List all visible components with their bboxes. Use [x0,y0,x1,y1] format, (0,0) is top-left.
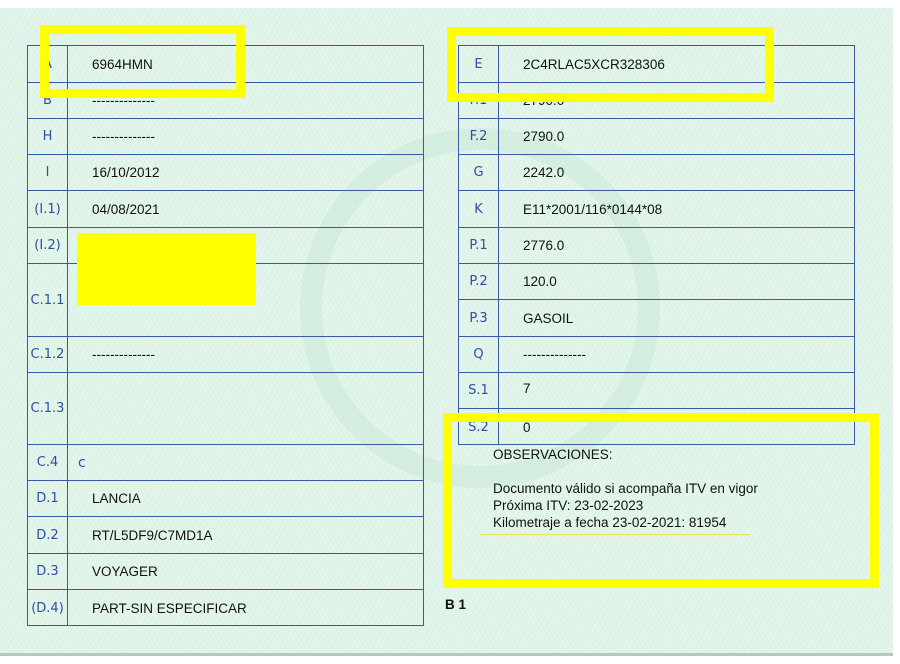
table-row: (I.1)04/08/2021 [28,191,423,228]
field-value: PART-SIN ESPECIFICAR [92,590,247,626]
field-code: I [28,155,68,190]
field-value: -------------- [523,337,586,372]
field-value: 04/08/2021 [92,191,160,227]
right-field-table: E2C4RLAC5XCR328306F.12790.0F.22790.0G224… [458,45,855,445]
field-value: LANCIA [92,481,141,516]
field-code: P.1 [459,228,499,263]
field-code: F.2 [459,119,499,154]
table-row: P.12776.0 [459,228,854,264]
field-value: 2776.0 [523,228,564,263]
highlight-vin [447,27,774,102]
field-code: C.1.1 [28,264,68,336]
field-code: P.2 [459,264,499,299]
field-code: G [459,155,499,190]
table-row: Q-------------- [459,337,854,373]
left-field-table: A6964HMNB--------------H--------------I1… [27,45,424,626]
field-value: 2242.0 [523,155,564,190]
field-code: K [459,191,499,227]
field-value: 120.0 [523,264,557,299]
field-code: (D.4) [28,590,68,626]
field-value: 16/10/2012 [92,155,160,190]
field-value: 7 [523,373,531,408]
field-code: D.1 [28,481,68,516]
field-code: H [28,119,68,154]
table-row: KE11*2001/116*0144*08 [459,191,854,228]
field-value: RT/L5DF9/C7MD1A [92,517,213,553]
table-row: D.1LANCIA [28,481,423,517]
table-row: I16/10/2012 [28,155,423,191]
table-row: (D.4)PART-SIN ESPECIFICAR [28,590,423,626]
highlight-plate [40,25,245,98]
field-value: -------------- [92,337,155,372]
field-value: -------------- [92,119,155,154]
field-value: 2790.0 [523,119,564,154]
table-row: P.2120.0 [459,264,854,300]
highlight-observations [443,413,879,588]
field-code: (I.1) [28,191,68,227]
field-code: P.3 [459,300,499,336]
field-value: c [78,445,86,480]
field-code: C.4 [28,445,68,480]
table-row: F.22790.0 [459,119,854,155]
field-code: (I.2) [28,228,68,263]
table-row: P.3GASOIL [459,300,854,337]
field-value: VOYAGER [92,554,158,589]
table-row: H-------------- [28,119,423,155]
field-code: D.3 [28,554,68,589]
table-row: D.2RT/L5DF9/C7MD1A [28,517,423,554]
footer-code: B 1 [445,597,466,612]
redaction-box [77,233,256,305]
field-code: Q [459,337,499,372]
field-code: C.1.2 [28,337,68,372]
table-row: C.1.3 [28,373,423,445]
field-code: D.2 [28,517,68,553]
field-value: E11*2001/116*0144*08 [523,191,662,227]
table-row: S.17 [459,373,854,409]
field-code: C.1.3 [28,373,68,444]
table-row: C.4c [28,445,423,481]
field-value: GASOIL [523,300,573,336]
field-code: S.1 [459,373,499,408]
table-row: C.1.2-------------- [28,337,423,373]
table-row: D.3VOYAGER [28,554,423,590]
table-row: G2242.0 [459,155,854,191]
